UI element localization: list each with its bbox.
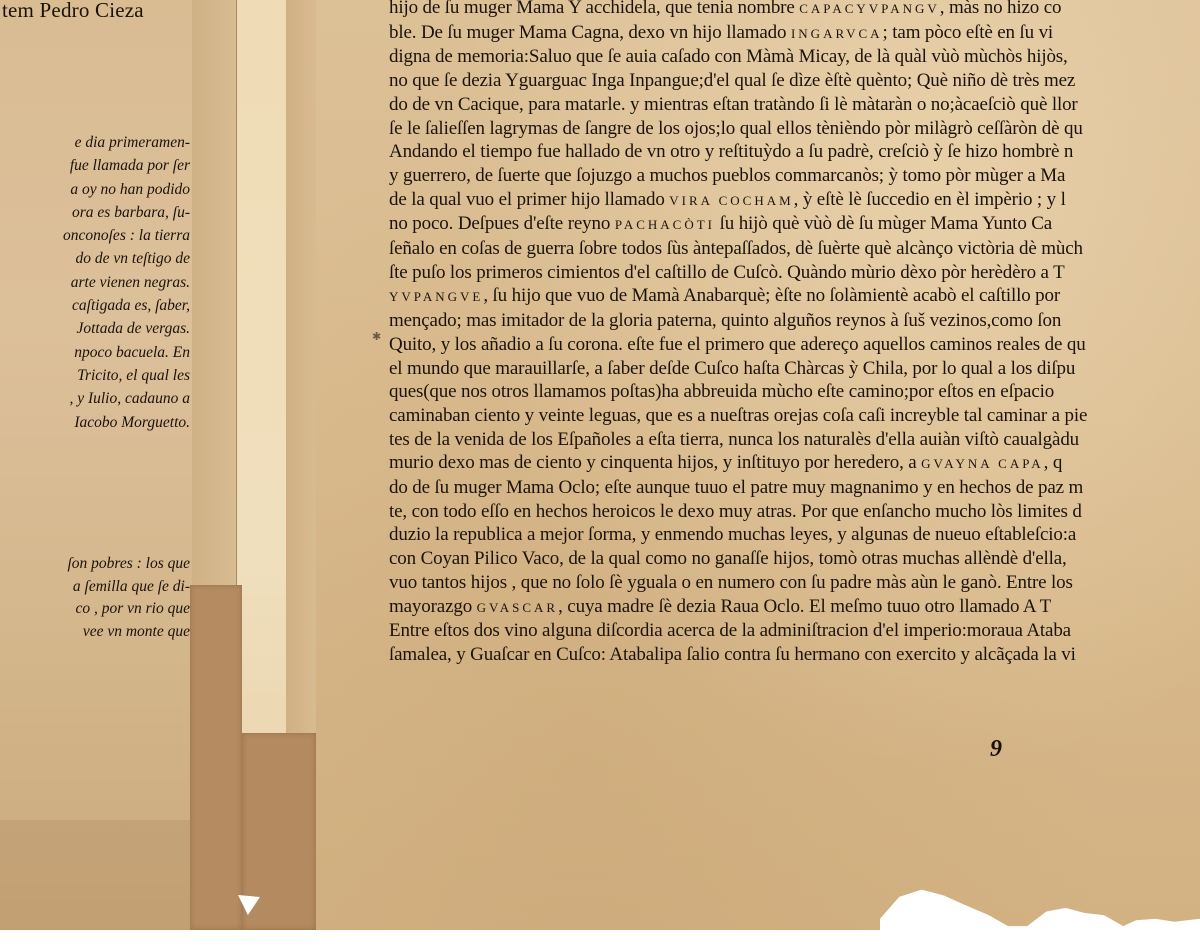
text-run: , ſu hijo que vuo de Mamà Anabarquè; èſt… (483, 285, 1060, 306)
text-run: caminaban ciento y veinte leguas, que es… (389, 405, 1087, 426)
text-line: ques(que nos otros llamamos poſtas)ha ab… (389, 380, 1200, 404)
text-line: caſtigada es, ſaber, (0, 294, 190, 317)
text-run: ques(que nos otros llamamos poſtas)ha ab… (389, 381, 1054, 402)
text-run: ble. De ſu muger Mama Cagna, dexo vn hij… (389, 22, 791, 43)
text-line: hijo de ſu muger Mama Y acchidela, que t… (389, 0, 1200, 21)
text-line: npoco bacuela. En (0, 341, 190, 364)
text-run: te, con todo eſſo en hechos heroicos le … (389, 501, 1082, 522)
text-line: ſe le ſalieſſen lagrymas de ſangre de lo… (389, 117, 1200, 141)
left-page-text-block-2: ſon pobres : los quea ſemilla que ſe di-… (0, 553, 190, 643)
text-line: ora es barbara, ſu- (0, 201, 190, 224)
text-run: no que ſe dezia Yguarguac Inga Inpangue;… (389, 70, 1075, 91)
text-run: , màs no hizo co (940, 0, 1062, 18)
small-caps-name: YVPANGVE (389, 289, 483, 304)
text-run: vuo tantos hijos , que no ſolo ſè yguala… (389, 572, 1073, 593)
text-line: a oy no han podido (0, 178, 190, 201)
text-line: mençado; mas imitador de la gloria pater… (389, 309, 1200, 333)
text-line: vuo tantos hijos , que no ſolo ſè yguala… (389, 571, 1200, 595)
text-line: Andando el tiempo fue hallado de vn otro… (389, 140, 1200, 164)
text-line: co , por vn rio que (0, 598, 190, 621)
text-run: , q (1044, 452, 1063, 473)
text-line: ble. De ſu muger Mama Cagna, dexo vn hij… (389, 21, 1200, 46)
text-run: duzio la republica a mejor ſorma, y enme… (389, 524, 1076, 545)
text-line: Quito, y los añadio a ſu corona. eſte fu… (389, 333, 1200, 357)
small-caps-name: VIRA COCHAM (669, 193, 793, 208)
small-caps-name: INGARVCA (791, 26, 883, 41)
text-line: Tricito, el qual les (0, 364, 190, 387)
text-line: Iacobo Morguetto. (0, 411, 190, 434)
left-margin-stain (190, 585, 242, 930)
text-run: no poco. Deſpues d'eſte reyno (389, 213, 615, 234)
small-caps-name: GVASCAR (477, 600, 558, 615)
text-line: do de ſu muger Mama Oclo; eſte aunque tu… (389, 476, 1200, 500)
text-run: , ỳ eſtè lè ſuccedio en èl impèrio ; y l (794, 189, 1066, 210)
text-run: ſeñalo en coſas de guerra ſobre todos ſù… (389, 238, 1083, 259)
text-run: ſamalea, y Guaſcar en Cuſco: Atabalipa ſ… (389, 644, 1076, 665)
text-run: y guerrero, de ſuerte que ſojuzgo a much… (389, 165, 1065, 186)
text-line: el mundo que marauillarſe, a ſaber deſde… (389, 357, 1200, 381)
text-line: con Coyan Pilico Vaco, de la qual como n… (389, 547, 1200, 571)
margin-mark: ✱ (372, 330, 381, 343)
text-line: duzio la republica a mejor ſorma, y enme… (389, 523, 1200, 547)
text-line: vee vn monte que (0, 621, 190, 644)
text-line: ſon pobres : los que (0, 553, 190, 576)
text-line: YVPANGVE, ſu hijo que vuo de Mamà Anabar… (389, 284, 1200, 309)
text-line: ſamalea, y Guaſcar en Cuſco: Atabalipa ſ… (389, 643, 1200, 667)
right-page-body-text: hijo de ſu muger Mama Y acchidela, que t… (389, 0, 1200, 667)
left-page-header: tem Pedro Cieza (2, 0, 144, 23)
small-caps-name: CAPACYVPANGV (799, 1, 940, 16)
scan-background (0, 930, 880, 948)
text-run: ſte puſo los primeros cimientos d'el caſ… (389, 262, 1065, 283)
text-run: ſu hijò què vùò dè ſu mùger Mama Yunto C… (715, 213, 1052, 234)
text-line: no poco. Deſpues d'eſte reyno PACHACÒTI … (389, 212, 1200, 237)
text-line: a ſemilla que ſe di- (0, 576, 190, 599)
text-line: do de vn teſtigo de (0, 247, 190, 270)
text-line: te, con todo eſſo en hechos heroicos le … (389, 500, 1200, 524)
text-line: onconoſes : la tierra (0, 224, 190, 247)
text-line: fue llamada por ſer (0, 154, 190, 177)
text-run: ſe le ſalieſſen lagrymas de ſangre de lo… (389, 118, 1083, 139)
text-line: ſeñalo en coſas de guerra ſobre todos ſù… (389, 237, 1200, 261)
text-run: de la qual vuo el primer hijo llamado (389, 189, 669, 210)
text-line: de la qual vuo el primer hijo llamado VI… (389, 188, 1200, 213)
text-line: do de vn Cacique, para matarle. y mientr… (389, 93, 1200, 117)
text-run: Quito, y los añadio a ſu corona. eſte fu… (389, 334, 1086, 355)
scanned-book-spread: tem Pedro Cieza e dia primeramen-fue lla… (0, 0, 1200, 948)
text-run: Entre eſtos dos vino alguna diſcordia ac… (389, 620, 1071, 641)
text-run: mençado; mas imitador de la gloria pater… (389, 310, 1061, 331)
gutter-shadow (192, 0, 236, 585)
page-number: 9 (990, 736, 1002, 763)
text-line: digna de memoria:Saluo que ſe auia caſad… (389, 45, 1200, 69)
text-line: no que ſe dezia Yguarguac Inga Inpangue;… (389, 69, 1200, 93)
text-run: hijo de ſu muger Mama Y acchidela, que t… (389, 0, 799, 18)
small-caps-name: GVAYNA CAPA (921, 456, 1043, 471)
text-line: e dia primeramen- (0, 131, 190, 154)
text-run: do de ſu muger Mama Oclo; eſte aunque tu… (389, 477, 1083, 498)
left-page-text-block-1: e dia primeramen-fue llamada por ſera oy… (0, 131, 190, 434)
text-run: con Coyan Pilico Vaco, de la qual como n… (389, 548, 1067, 569)
text-run: Andando el tiempo fue hallado de vn otro… (389, 141, 1073, 162)
text-run: murio dexo mas de ciento y cinquenta hij… (389, 452, 921, 473)
text-line: y guerrero, de ſuerte que ſojuzgo a much… (389, 164, 1200, 188)
text-run: do de vn Cacique, para matarle. y mientr… (389, 94, 1078, 115)
small-caps-name: PACHACÒTI (615, 217, 715, 232)
text-run: tes de la venida de los Eſpañoles a eſta… (389, 429, 1079, 450)
text-line: mayorazgo GVASCAR, cuya madre ſè dezia R… (389, 595, 1200, 620)
text-line: Jottada de vergas. (0, 317, 190, 340)
text-line: arte vienen negras. (0, 271, 190, 294)
text-run: el mundo que marauillarſe, a ſaber deſde… (389, 358, 1075, 379)
text-run: ; tam pòco eſtè en ſu vi (883, 22, 1054, 43)
text-line: Entre eſtos dos vino alguna diſcordia ac… (389, 619, 1200, 643)
text-run: mayorazgo (389, 596, 477, 617)
text-run: , cuya madre ſè dezia Raua Oclo. El meſm… (558, 596, 1051, 617)
text-run: digna de memoria:Saluo que ſe auia caſad… (389, 46, 1068, 67)
text-line: tes de la venida de los Eſpañoles a eſta… (389, 428, 1200, 452)
text-line: murio dexo mas de ciento y cinquenta hij… (389, 451, 1200, 476)
text-line: , y Iulio, cadauno a (0, 387, 190, 410)
text-line: caminaban ciento y veinte leguas, que es… (389, 404, 1200, 428)
text-line: ſte puſo los primeros cimientos d'el caſ… (389, 261, 1200, 285)
